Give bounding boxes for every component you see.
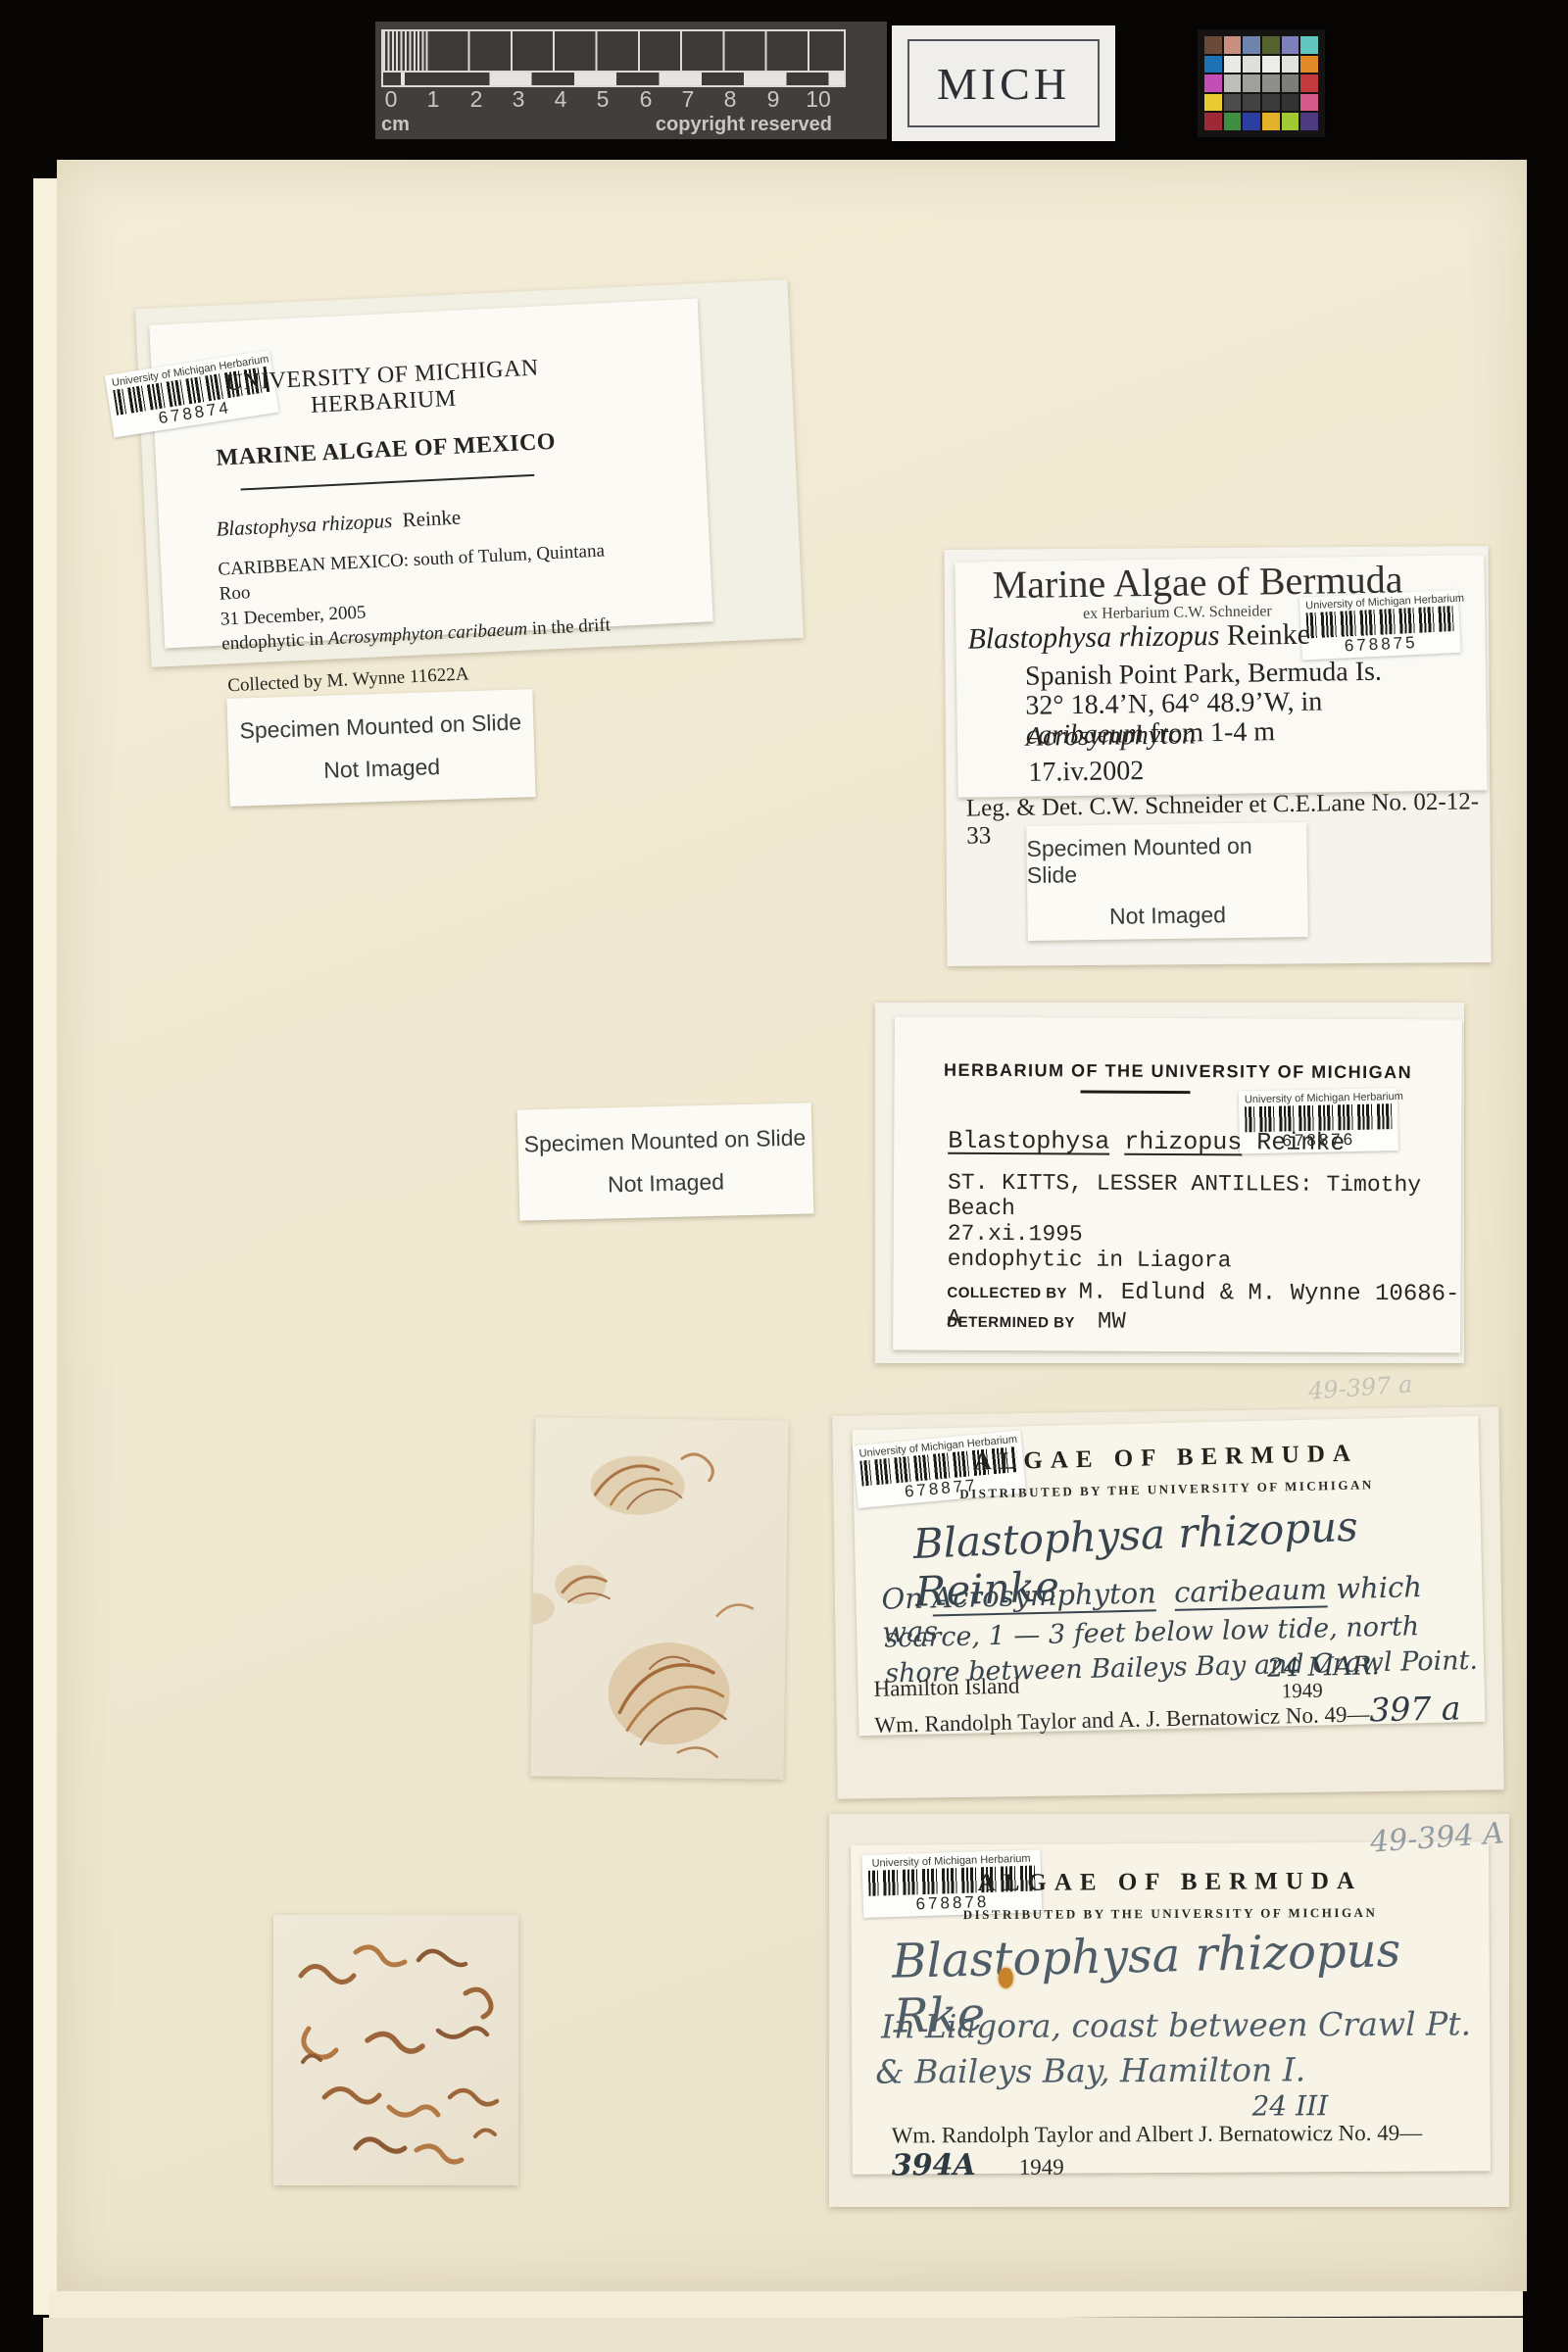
color-patch [1262,36,1280,54]
color-patch [1243,94,1260,112]
color-patch [1262,74,1280,92]
color-patch [1224,94,1242,112]
color-patch [1224,113,1242,130]
locality-line: caribaeum from 1-4 m [1026,716,1276,752]
color-patch [1300,36,1318,54]
slide-note-line1: Specimen Mounted on Slide [1026,832,1307,889]
color-patch [1300,113,1318,130]
institution-plate: MICH [892,25,1115,141]
label-herbarium-university-of-michigan: HERBARIUM OF THE UNIVERSITY OF MICHIGAN … [893,1016,1462,1352]
specimen-illustration-blastophysa [273,1915,518,2185]
species-name: Blastophysa rhizopus Reinke [967,618,1310,657]
scale-number: 3 [513,86,525,113]
collectors-line: Wm. Randolph Taylor and Albert J. Bernat… [892,2120,1491,2182]
specimen-illustration-acrosymphyton [530,1417,788,1780]
color-patch [1300,74,1318,92]
herbarium-scan: 0 1 2 3 4 5 6 7 8 9 10 cm copyright rese… [0,0,1568,2352]
divider-rule [241,474,535,491]
slide-note-line1: Specimen Mounted on Slide [239,709,521,744]
color-patch [1224,74,1242,92]
scale-bar-mm-ticks [383,31,426,71]
color-patch [1243,113,1260,130]
label-algae-of-bermuda-397a: University of Michigan Herbarium 678877 … [853,1416,1486,1736]
slide-note-label: Specimen Mounted on Slide Not Imaged [1026,822,1308,941]
slide-note-line2: Not Imaged [1109,902,1226,930]
barcode-sticker: University of Michigan Herbarium 678875 [1299,590,1461,661]
collection-title: ALGAE OF BERMUDA [851,1867,1489,1897]
handwritten-collection-number: 394A [892,2148,976,2182]
color-patch [1204,113,1222,130]
handwritten-locality-line: In Liagora, coast between Crawl Pt. [881,2004,1471,2045]
scale-number: 2 [470,86,483,113]
color-patch [1243,74,1260,92]
slide-note-line2: Not Imaged [608,1168,725,1198]
sheet-stack-edge [49,2286,1523,2321]
sheet-stack-edge [43,2318,1523,2352]
determined-by-value: MW [1098,1309,1126,1336]
slide-note-line2: Not Imaged [323,754,441,784]
color-patch [1262,94,1280,112]
scale-number: 7 [682,86,695,113]
color-patch [1282,74,1299,92]
color-patch [1262,56,1280,73]
herbarium-sheet: University of Michigan Herbarium 678874 … [57,160,1527,2291]
color-patch [1204,94,1222,112]
color-patch [1224,36,1242,54]
herbarium-header: HERBARIUM OF THE UNIVERSITY OF MICHIGAN [895,1059,1462,1083]
color-calibration-card [1198,29,1325,137]
scale-number: 4 [555,86,567,113]
species-name: Blastophysa rhizopus Reinke [216,498,620,542]
divider-rule [1080,1090,1190,1094]
institution-code: MICH [937,58,1070,110]
scale-number: 9 [767,86,780,113]
color-patch [1204,36,1222,54]
label-marine-algae-of-bermuda: Marine Algae of Bermuda ex Herbarium C.W… [955,555,1487,798]
scale-bar-checker [383,71,844,85]
slide-note-label: Specimen Mounted on Slide Not Imaged [226,689,535,807]
specimen-mount-paper [530,1417,788,1780]
color-card-grid [1204,36,1318,130]
handwritten-collection-number: 397 a [1369,1689,1461,1729]
determined-by-label: DETERMINED BY [947,1314,1075,1332]
color-patch [1282,36,1299,54]
color-patch [1282,113,1299,130]
scale-bar: 0 1 2 3 4 5 6 7 8 9 10 cm copyright rese… [375,22,887,139]
label-algae-of-bermuda-394a: University of Michigan Herbarium 678878 … [851,1841,1491,2174]
scale-number: 8 [724,86,737,113]
copyright-text: copyright reserved [656,114,832,136]
color-patch [1282,56,1299,73]
handwritten-locality-line: & Baileys Bay, Hamilton I. [875,2050,1305,2090]
scale-unit: cm [381,114,410,136]
label-marine-algae-of-mexico: University of Michigan Herbarium 678874 … [149,299,712,649]
slide-note-line1: Specimen Mounted on Slide [523,1124,806,1157]
pencil-annotation: 49-397 a [1307,1370,1413,1404]
scale-number: 1 [427,86,440,113]
printed-year: 1949 [1281,1678,1323,1703]
scale-bar-numbers: 0 1 2 3 4 5 6 7 8 9 10 [381,86,881,116]
scale-bar-boxes [383,31,844,71]
color-patch [1262,113,1280,130]
collection-title: MARINE ALGAE OF MEXICO [155,426,616,475]
printed-locality: Hamilton Island [873,1673,1019,1701]
scale-number: 10 [806,86,831,113]
species-name: Blastophysa rhizopus Reinke [948,1127,1345,1157]
color-patch [1204,74,1222,92]
color-patch [1243,36,1260,54]
handwritten-date: 24 III [1251,2089,1328,2122]
herbarium-header: UNIVERSITY OF MICHIGAN HERBARIUM [152,352,614,427]
slide-note-label: Specimen Mounted on Slide Not Imaged [517,1102,814,1220]
color-patch [1300,56,1318,73]
date-line: 17.iv.2002 [1028,756,1144,789]
color-patch [1300,94,1318,112]
locality-line: ST. KITTS, LESSER ANTILLES: Timothy Beac… [948,1170,1461,1224]
date-line: 27.xi.1995 [948,1221,1461,1249]
color-patch [1204,56,1222,73]
color-patch [1243,56,1260,73]
collection-subtitle: DISTRIBUTED BY THE UNIVERSITY OF MICHIGA… [851,1904,1489,1923]
specimen-mount-paper [273,1915,518,2185]
specimen-stain [999,1968,1013,1988]
habitat-line: endophytic in Liagora [948,1247,1461,1275]
collected-by-label: COLLECTED BY [947,1285,1067,1302]
scale-number: 0 [385,86,398,113]
institution-plate-border: MICH [907,39,1100,127]
scale-number: 6 [640,86,653,113]
color-patch [1282,94,1299,112]
color-patch [1224,56,1242,73]
scale-number: 5 [597,86,610,113]
scale-bar-frame [381,29,846,87]
printed-year: 1949 [1019,2155,1064,2180]
